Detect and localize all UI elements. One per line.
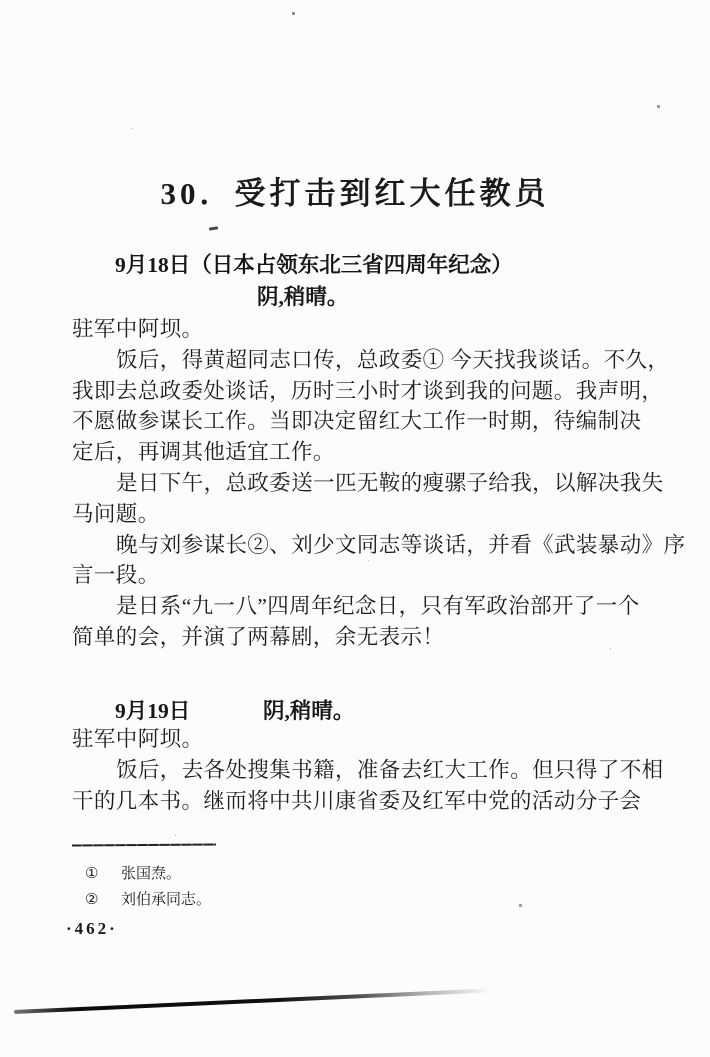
text-line: 饭后，得黄超同志口传，总政委① 今天找我谈话。不久， <box>72 345 654 376</box>
entry1-date-note: （日本占领东北三省四周年纪念） <box>190 253 513 277</box>
scan-artifact-dash <box>209 226 218 230</box>
text-line: 是日系“九一八”四周年纪念日，只有军政治部开了一个 <box>72 591 654 622</box>
text-line: 是日下午，总政委送一匹无鞍的瘦骡子给我，以解决我失 <box>72 468 654 499</box>
text-line: 定后，再调其他适宜工作。 <box>72 437 654 468</box>
entry2-body: 驻军中阿坝。 饭后，去各处搜集书籍，准备去红大工作。但只得了不相 干的几本书。继… <box>72 724 654 816</box>
text-line: 晚与刘参谋长②、刘少文同志等谈话，并看《武装暴动》序 <box>72 530 654 561</box>
text-line: 我即去总政委处谈话，历时三小时才谈到我的问题。我声明， <box>72 376 654 407</box>
footnote-2: ②刘伯承同志。 <box>85 888 211 914</box>
entry1-body: 驻军中阿坝。 饭后，得黄超同志口传，总政委① 今天找我谈话。不久， 我即去总政委… <box>72 314 654 653</box>
footnotes: ①张国焘。 ②刘伯承同志。 <box>85 862 211 913</box>
footnote-1-marker: ① <box>85 862 101 888</box>
entry2-date-line: 9月19日 阴,稍晴。 <box>0 694 710 725</box>
chapter-title: 30．受打击到红大任教员 <box>0 168 710 213</box>
page-number: ·462· <box>66 919 118 939</box>
scan-noise-specks <box>0 0 1 1</box>
entry1-date-line: 9月18日（日本占领东北三省四周年纪念） <box>115 248 513 279</box>
text-line: 简单的会，并演了两幕剧，余无表示！ <box>72 622 654 653</box>
text-line: 驻军中阿坝。 <box>72 724 654 755</box>
entry2-weather: 阴,稍晴。 <box>263 694 354 725</box>
footnote-1: ①张国焘。 <box>85 862 211 888</box>
footnote-separator-rule <box>72 843 216 846</box>
scan-page-edge-line <box>14 988 492 1014</box>
text-line: 不愿做参谋长工作。当即决定留红大工作一时期，待编制决 <box>72 406 654 437</box>
text-line: 驻军中阿坝。 <box>72 314 654 345</box>
text-line: 干的几本书。继而将中共川康省委及红军中党的活动分子会 <box>72 786 654 817</box>
text-line: 饭后，去各处搜集书籍，准备去红大工作。但只得了不相 <box>72 755 654 786</box>
entry1-date: 9月18日 <box>115 253 190 277</box>
footnote-2-text: 刘伯承同志。 <box>121 892 211 908</box>
text-line: 马问题。 <box>72 499 654 530</box>
entry2-date: 9月19日 <box>115 694 190 725</box>
entry1-weather: 阴,稍晴。 <box>257 280 348 311</box>
footnote-2-marker: ② <box>85 888 101 914</box>
scanned-book-page: 30．受打击到红大任教员 9月18日（日本占领东北三省四周年纪念） 阴,稍晴。 … <box>0 0 710 1057</box>
text-line: 言一段。 <box>72 560 654 591</box>
footnote-1-text: 张国焘。 <box>121 866 181 882</box>
